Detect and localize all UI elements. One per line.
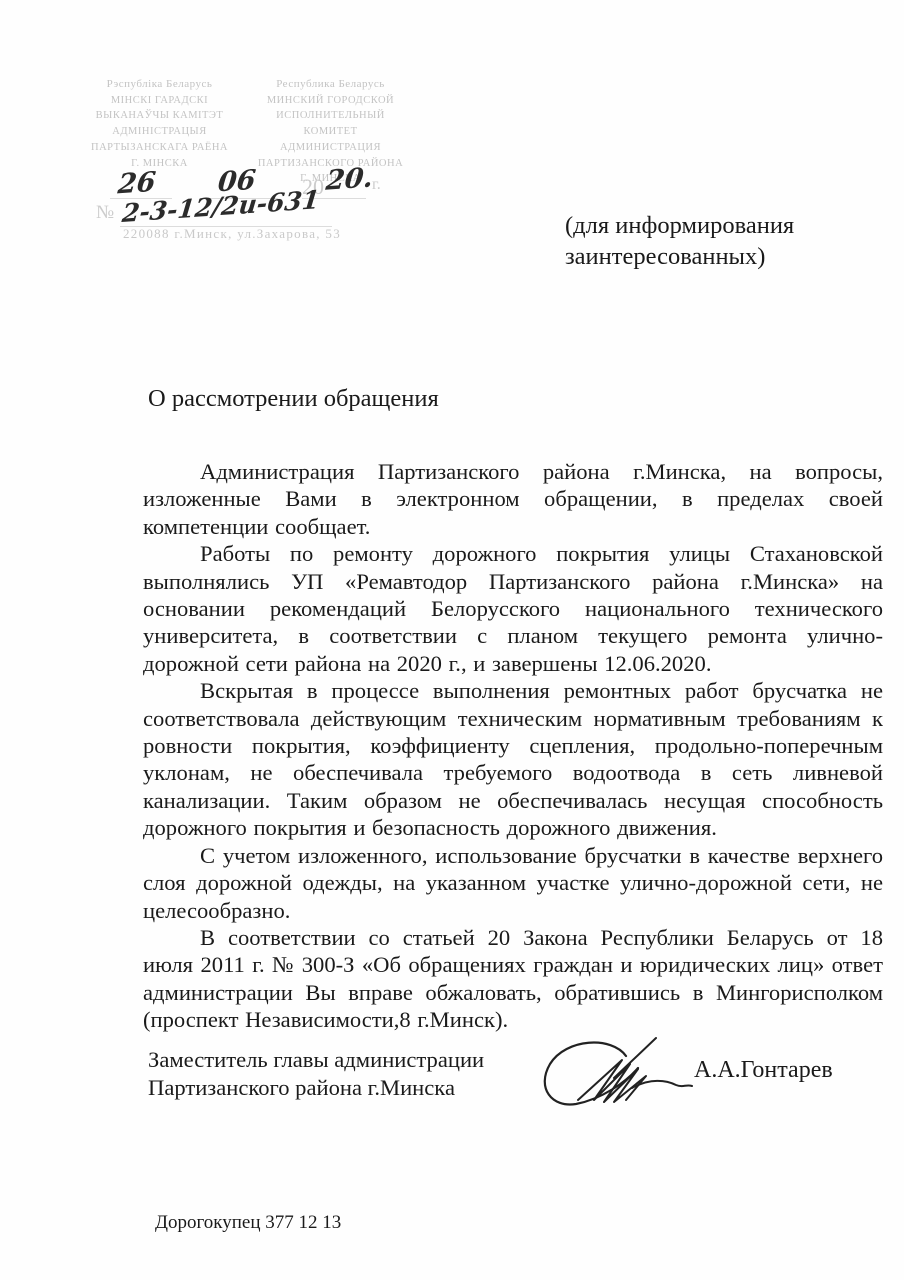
signer-position-line2: Партизанского района г.Минска (148, 1074, 484, 1102)
signer-position: Заместитель главы администрации Партизан… (148, 1046, 484, 1102)
date-number-block: 26 06 20 20. г. № 2-3-12/2и-631 (80, 166, 420, 230)
signer-position-line1: Заместитель главы администрации (148, 1046, 484, 1074)
subject-line: О рассмотрении обращения (148, 385, 439, 413)
printed-number-sign: № (96, 202, 114, 224)
signature-scribble (528, 1032, 708, 1122)
scanned-letter-page: Рэспубліка Беларусь МІНСКІ ГАРАДСКІ ВЫКА… (0, 0, 904, 1280)
signer-name: А.А.Гонтарев (694, 1057, 833, 1084)
letterhead-country-by: Рэспубліка Беларусь (80, 76, 239, 93)
recipient-note-line2: заинтересованных) (565, 241, 875, 272)
paragraph-intro: Администрация Партизанского района г.Мин… (143, 458, 883, 540)
executor-contact: Дорогокупец 377 12 13 (155, 1212, 341, 1234)
paragraph-pavers-defects: Вскрытая в процессе выполнения ремонтных… (143, 677, 883, 841)
printed-year-suffix: г. (372, 176, 381, 194)
letter-body: Администрация Партизанского района г.Мин… (143, 458, 883, 1034)
letterhead-country-ru: Республика Беларусь (251, 76, 410, 93)
handwritten-day: 26 (116, 167, 157, 201)
letterhead-address: 220088 г.Минск, ул.Захарова, 53 (82, 226, 382, 242)
handwritten-year: 20. (324, 162, 374, 197)
recipient-note-line1: (для информирования (565, 210, 875, 241)
paragraph-repair-works: Работы по ремонту дорожного покрытия ули… (143, 540, 883, 677)
paragraph-appeal-rights: В соответствии со статьей 20 Закона Респ… (143, 924, 883, 1034)
paragraph-conclusion: С учетом изложенного, использование брус… (143, 842, 883, 924)
recipient-note: (для информирования заинтересованных) (565, 210, 875, 272)
